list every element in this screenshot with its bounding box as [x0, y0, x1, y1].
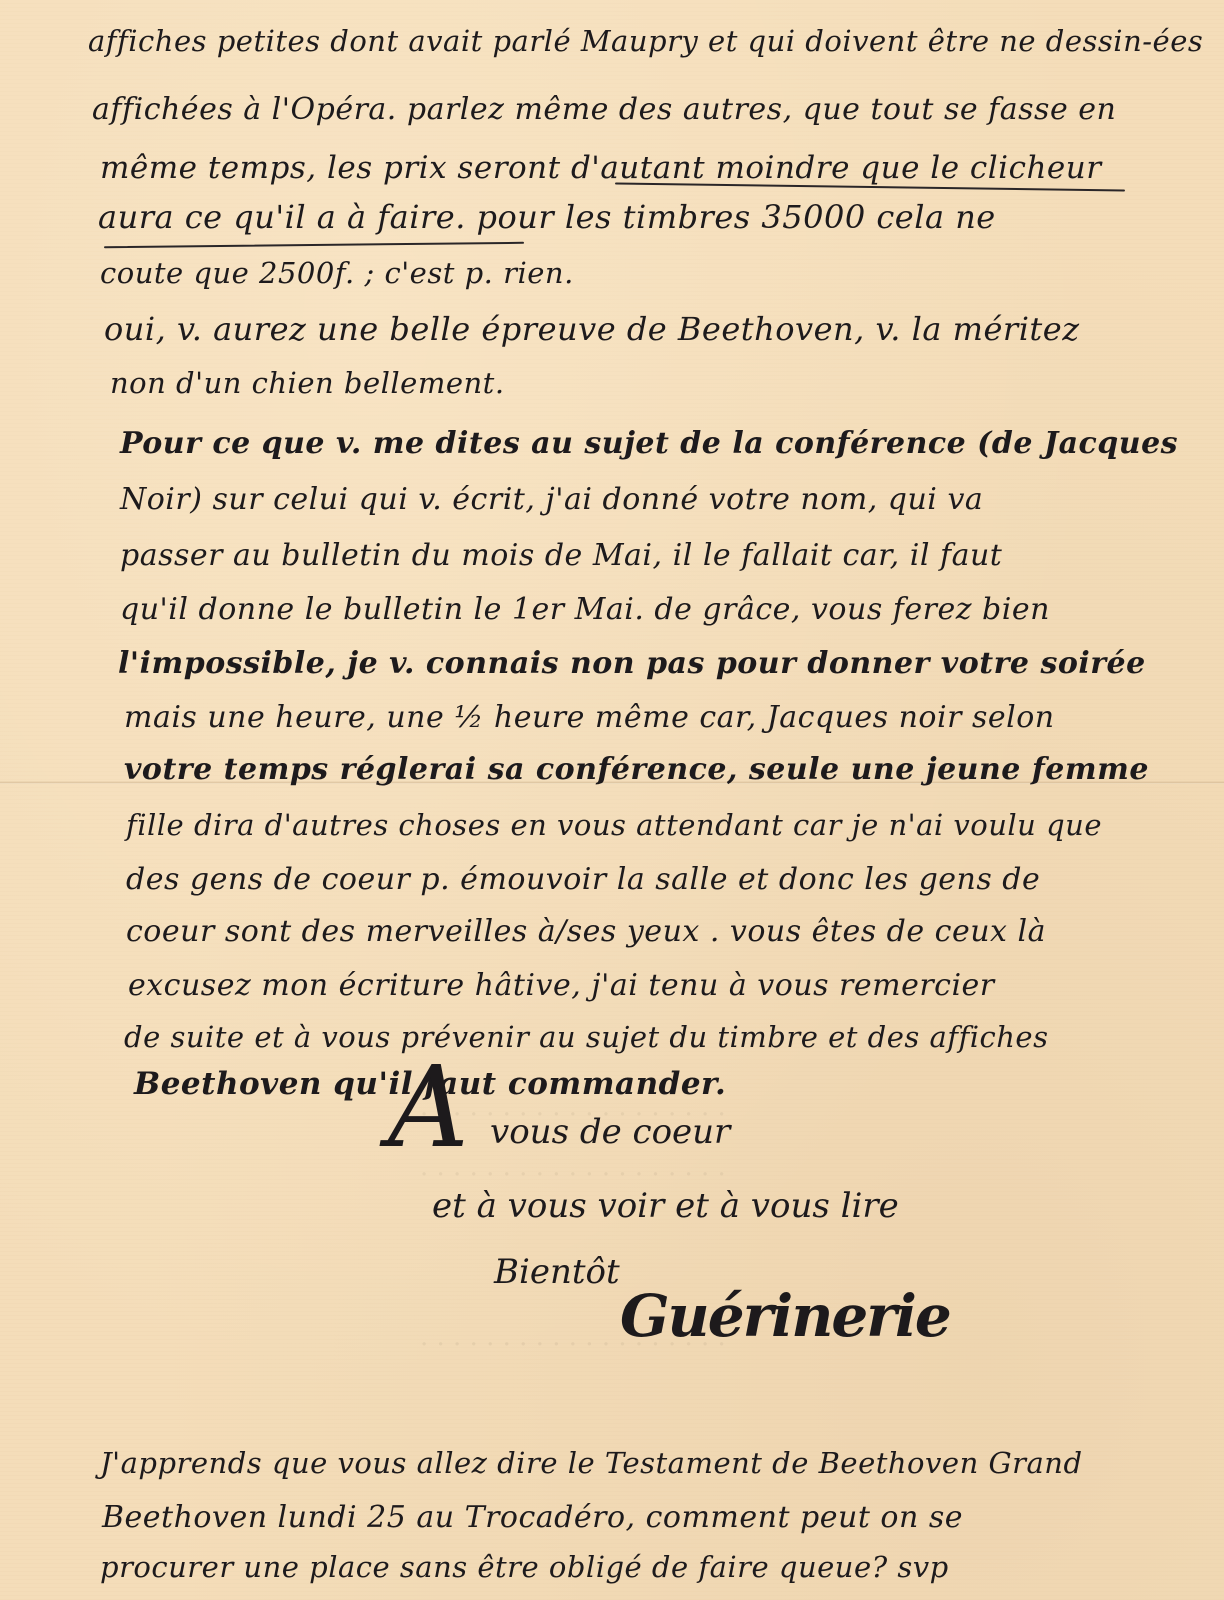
letter-line: aura ce qu'il a à faire. pour les timbre… [98, 198, 996, 236]
underline [104, 242, 524, 248]
postscript-line: procurer une place sans être obligé de f… [100, 1550, 949, 1584]
letter-line: excusez mon écriture hâtive, j'ai tenu à… [128, 968, 995, 1003]
closing-line: Bientôt [494, 1252, 620, 1292]
closing-line: et à vous voir et à vous lire [432, 1186, 899, 1226]
postscript-line: J'apprends que vous allez dire le Testam… [100, 1446, 1083, 1480]
letter-line: des gens de coeur p. émouvoir la salle e… [126, 862, 1040, 897]
letter-line: l'impossible, je v. connais non pas pour… [118, 646, 1146, 681]
letter-line: Noir) sur celui qui v. écrit, j'ai donné… [120, 482, 983, 517]
letter-line: affiches petites dont avait parlé Maupry… [88, 24, 1203, 58]
letter-page: · · · · · · · · · · · · · · · · · · · · … [0, 0, 1224, 1600]
letter-line: passer au bulletin du mois de Mai, il le… [120, 538, 1002, 573]
letter-line: coute que 2500f. ; c'est p. rien. [100, 256, 574, 290]
letter-line: fille dira d'autres choses en vous atten… [126, 808, 1102, 842]
letter-line: Pour ce que v. me dites au sujet de la c… [120, 426, 1178, 461]
letter-line: même temps, les prix seront d'autant moi… [100, 150, 1102, 186]
closing-line: vous de coeur [490, 1112, 730, 1152]
letter-line: mais une heure, une ½ heure même car, Ja… [124, 700, 1055, 735]
closing-initial: A [388, 1052, 469, 1164]
signature: Guérinerie [620, 1282, 950, 1350]
letter-line: non d'un chien bellement. [110, 366, 505, 400]
letter-line: affichées à l'Opéra. parlez même des aut… [92, 92, 1116, 127]
letter-line: de suite et à vous prévenir au sujet du … [124, 1020, 1048, 1054]
letter-line: oui, v. aurez une belle épreuve de Beeth… [104, 310, 1080, 348]
postscript-line: Beethoven lundi 25 au Trocadéro, comment… [102, 1500, 963, 1535]
letter-line: coeur sont des merveilles à/ses yeux . v… [126, 914, 1046, 949]
letter-line: qu'il donne le bulletin le 1er Mai. de g… [120, 592, 1050, 627]
letter-line: votre temps réglerai sa conférence, seul… [124, 752, 1149, 787]
